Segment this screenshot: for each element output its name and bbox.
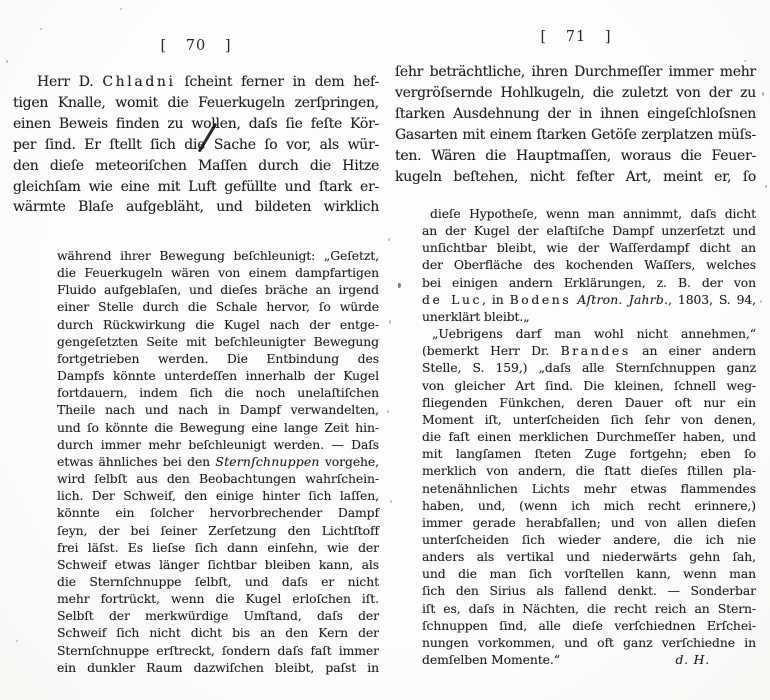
- text-line: per ſind. Er ſtellt ſich die Sache ſo vo…: [13, 135, 379, 156]
- text-line: ein dunkler Raum dazwiſchen bleibt, paſs…: [57, 659, 379, 676]
- text-line: iſt es, daſs in Nächten, die recht reich…: [422, 600, 756, 617]
- text-line: fortgetrieben werden. Die Entbindung des: [57, 350, 379, 367]
- text-line: ſich den Sirius als fallend denkt. — Son…: [422, 582, 756, 599]
- text-segment: unerklärt bleibt.„: [422, 309, 530, 324]
- spaced-name: Chladni: [102, 74, 175, 90]
- text-line: Schweif ſich nicht dicht bis an den Kern…: [57, 624, 379, 641]
- text-line: ſehr beträchtliche, ihren Durchmeſſer im…: [395, 62, 756, 83]
- text-segment: vorgehe,: [320, 454, 379, 469]
- text-line: ſtarken Ausdehnung der in ihnen eingeſch…: [395, 104, 756, 125]
- text-line: Sternſchnuppe erſtreckt, ſondern daſs fa…: [57, 642, 379, 659]
- text-line: unterſcheiden ſich wieder andere, die ic…: [422, 531, 756, 548]
- book-scan-page: { "left_page": { "header": "[ 70 ]", "ma…: [0, 0, 770, 700]
- text-line: frei läſst. Es lieſse ſich dann einſehn,…: [57, 539, 379, 556]
- text-segment: demſelben Momente.“: [422, 651, 560, 668]
- text-line: gengeſetzten Seite mit beſchleunigter Be…: [57, 333, 379, 350]
- text-segment: „Uebrigens darf man wohl nicht annehmen,…: [432, 326, 756, 341]
- text-line: wird ſelbſt aus den Beobachtungen wahrſc…: [57, 470, 379, 487]
- scan-speck: [398, 283, 401, 288]
- text-line: Herr D. Chladni ſcheint ferner in dem he…: [13, 72, 379, 93]
- text-line: lich. Der Schweif, den einige hinter ſic…: [57, 487, 379, 504]
- spaced-name: Bodens: [510, 292, 572, 307]
- scan-speck: [744, 60, 746, 62]
- text-line: könnte ein ſolcher hervorbrechender Damp…: [57, 504, 379, 521]
- text-line: durch Rückwirkung die Kugel nach der ent…: [57, 316, 379, 333]
- text-line: während ihrer Bewegung beſchleunigt: „Ge…: [57, 247, 379, 264]
- italic-text: Aſtron. Jahrb.: [577, 292, 668, 307]
- text-line: fortdauern, indem ſich die noch unelaſti…: [57, 384, 379, 401]
- text-line: die faſt einen merklichen Durchmeſſer ha…: [422, 428, 756, 445]
- text-line: Fluido aufgeblaſen, und dieſes bräche an…: [57, 281, 379, 298]
- right-page: [ 71 ] ſehr beträchtliche, ihren Durchme…: [395, 0, 757, 700]
- left-main-text: Herr D. Chladni ſcheint ferner in dem he…: [13, 72, 379, 218]
- scan-speck: [120, 8, 122, 10]
- scan-speck: [762, 92, 764, 96]
- text-line: die Feuerkugeln wären von einem dampfart…: [57, 264, 379, 281]
- text-line: von gleicher Art ſind. Die kleinen, ſchn…: [422, 377, 756, 394]
- text-line: den dieſe meteoriſchen Maſſen durch die …: [13, 156, 379, 177]
- text-line: etwas ähnliches bei den Sternſchnuppen v…: [57, 453, 379, 470]
- text-line: einer Stelle durch die Schale hervor, ſo…: [57, 298, 379, 315]
- text-line: durch immer mehr beſchleunigt werden. — …: [57, 436, 379, 453]
- text-line: ten. Wären die Hauptmaſſen, woraus die F…: [395, 146, 756, 167]
- scan-speck: [390, 500, 392, 503]
- text-line: Selbſt der merkwürdige Umſtand, daſs der: [57, 607, 379, 624]
- text-line: Theile nach und nach in Dampf verwandelt…: [57, 401, 379, 418]
- text-segment: Herr D.: [37, 74, 102, 90]
- scan-speck: [387, 410, 389, 413]
- text-line: immer gerade herabfallen; und von allen …: [422, 514, 756, 531]
- text-line: demſelben Momente.“d. H.: [422, 651, 756, 668]
- text-line: anders als vertikal und niederwärts gehn…: [422, 548, 756, 565]
- text-line: bei einigen andern Erklärungen, z. B. de…: [422, 274, 756, 291]
- text-segment: an einer andern: [631, 343, 756, 358]
- right-main-text: ſehr beträchtliche, ihren Durchmeſſer im…: [395, 62, 756, 187]
- right-footnote-text: dieſe Hypotheſe, wenn man annimmt, daſs …: [422, 205, 756, 668]
- text-line: kugeln beſtehen, nicht feſter Art, meint…: [395, 167, 756, 188]
- text-segment: etwas ähnliches bei den: [57, 454, 215, 469]
- text-line: an der Kugel der elaſtiſche Dampf unzerſ…: [422, 222, 756, 239]
- text-line: und ſo könnte die Bewegung eine lange Ze…: [57, 419, 379, 436]
- scan-speck: [16, 640, 18, 642]
- text-line: dieſe Hypotheſe, wenn man annimmt, daſs …: [422, 205, 756, 222]
- text-line: Gasarten mit einem ſtarken Getöſe zerpla…: [395, 125, 756, 146]
- scan-speck: [6, 60, 8, 63]
- text-line: wärmte Blaſe aufgebläht, und bildeten wi…: [13, 197, 379, 218]
- text-line: fliegenden Fünkchen, deren Dauer oft nur…: [422, 394, 756, 411]
- text-line: vergröſsernde Hohlkugeln, die zuletzt vo…: [395, 83, 756, 104]
- text-line: gleichſam wie eine mit Luft gefüllte und…: [13, 177, 379, 198]
- text-line: mit langſamen ſteten Zuge fortgehn; eben…: [422, 445, 756, 462]
- text-line: die Sternſchnuppe ſelbſt, und daſs er ni…: [57, 573, 379, 590]
- text-line: tigen Knalle, womit die Feuerkugeln zerſ…: [13, 93, 379, 114]
- text-line: haben, und, (wenn ich mich recht erinner…: [422, 497, 756, 514]
- text-line: ſeyn, der bei ſeiner Zerſetzung den Lich…: [57, 522, 379, 539]
- spaced-name: Brandes: [561, 343, 631, 358]
- text-segment: (bemerkt Herr Dr.: [422, 343, 561, 358]
- text-line: Moment iſt, unterſcheiden ſich ſehr von …: [422, 411, 756, 428]
- text-line: Schweif etwas länger ſichtbar bleiben ka…: [57, 556, 379, 573]
- text-line: netenähnlichen Lichts mehr etwas flammen…: [422, 480, 756, 497]
- text-line: Stelle, S. 159,) „daſs alle Sternſchnupp…: [422, 359, 756, 376]
- spaced-name: de Luc: [422, 292, 482, 307]
- left-page-number: [ 70 ]: [13, 38, 379, 54]
- left-footnote-text: während ihrer Bewegung beſchleunigt: „Ge…: [57, 247, 379, 676]
- text-line: ſchnuppen ſind, alle dieſe verſchiednen …: [422, 617, 756, 634]
- text-line: merklich von andern, die ſtatt dieſes ſt…: [422, 462, 756, 479]
- scan-speck: [388, 238, 390, 241]
- scan-speck: [40, 28, 42, 30]
- text-segment: , in: [482, 292, 510, 307]
- text-line: und die man ſich vorſtellen kann, wenn m…: [422, 565, 756, 582]
- text-line: unſichtbar bleibt, wie der Waſſerdampf d…: [422, 239, 756, 256]
- text-line: de Luc, in Bodens Aſtron. Jahrb., 1803, …: [422, 291, 756, 308]
- text-line: unerklärt bleibt.„: [422, 308, 756, 325]
- scan-speck: [389, 320, 391, 324]
- text-segment: dieſe Hypotheſe, wenn man annimmt, daſs …: [430, 206, 756, 221]
- text-line: „Uebrigens darf man wohl nicht annehmen,…: [422, 325, 756, 342]
- right-page-number: [ 71 ]: [395, 29, 757, 45]
- text-segment: ſcheint ferner in dem hef-: [176, 74, 379, 90]
- scan-speck: [760, 300, 762, 303]
- italic-text: Sternſchnuppen: [215, 454, 319, 469]
- left-page: [ 70 ] Herr D. Chladni ſcheint ferner in…: [13, 0, 379, 700]
- text-line: Dampfs könnte unterdeſſen innerhalb der …: [57, 367, 379, 384]
- footnote-signature: d. H.: [675, 651, 710, 668]
- text-line: mehr fortrückt, wenn die Kugel erloſchen…: [57, 590, 379, 607]
- scan-speck: [765, 185, 767, 188]
- text-line: der Oberfläche des kochenden Waſſers, we…: [422, 256, 756, 273]
- text-line: (bemerkt Herr Dr. Brandes an einer ander…: [422, 342, 756, 359]
- text-line: einen Beweis finden zu wollen, daſs ſie …: [13, 114, 379, 135]
- text-line: nungen vorkommen, und oft ganz verſchied…: [422, 634, 756, 651]
- text-segment: , 1803, S. 94,: [668, 292, 756, 307]
